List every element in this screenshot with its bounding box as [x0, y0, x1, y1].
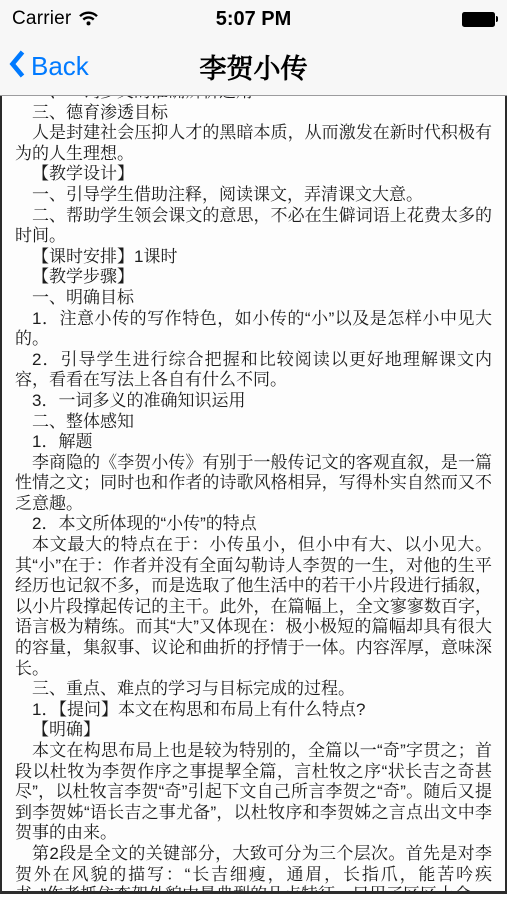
paragraph: 【明确】	[15, 720, 492, 741]
app-screen: Carrier 5:07 PM Back	[0, 0, 507, 900]
paragraph: 一、明确目标	[15, 288, 492, 309]
paragraph: 【教学步骤】	[15, 267, 492, 288]
status-bar: Carrier 5:07 PM	[0, 0, 507, 38]
paragraph: 一、引导学生借助注释，阅读课文，弄清课文大意。	[15, 185, 492, 206]
top-bars: Carrier 5:07 PM Back	[0, 0, 507, 96]
paragraph: 三、德育渗透目标	[15, 103, 492, 124]
document-scroll-area[interactable]: 二、一词多义的准确辨析运用 三、德育渗透目标 人是封建社会压抑人才的黑暗本质，从…	[0, 96, 507, 894]
paragraph: 1．【提问】本文在构思和布局上有什么特点?	[15, 700, 492, 721]
battery-icon	[462, 12, 495, 27]
paragraph: 【教学设计】	[15, 164, 492, 185]
paragraph-clipped-top: 二、一词多义的准确辨析运用	[15, 96, 492, 103]
paragraph: 2．本文所体现的“小传”的特点	[15, 514, 492, 535]
paragraph: 人是封建社会压抑人才的黑暗本质，从而激发在新时代积极有为的人生理想。	[15, 123, 492, 164]
paragraph: 本文最大的特点在于：小传虽小，但小中有大、以小见大。其“小”在于：作者并没有全面…	[15, 535, 492, 679]
document-text: 二、一词多义的准确辨析运用 三、德育渗透目标 人是封建社会压抑人才的黑暗本质，从…	[2, 96, 505, 894]
chevron-left-icon	[8, 48, 26, 85]
paragraph: 二、帮助学生领会课文的意思，不必在生僻词语上花费太多的时间。	[15, 206, 492, 247]
paragraph: 【课时安排】1课时	[15, 247, 492, 268]
paragraph: 1．解题	[15, 432, 492, 453]
paragraph: 二、整体感知	[15, 412, 492, 433]
paragraph: 李商隐的《李贺小传》有别于一般传记文的客观直叙，是一篇性情之文；同时也和作者的诗…	[15, 453, 492, 515]
page-title: 李贺小传	[60, 38, 447, 94]
status-time: 5:07 PM	[0, 8, 507, 31]
navigation-bar: Back 李贺小传	[0, 38, 507, 94]
paragraph: 3．一词多义的准确知识运用	[15, 391, 492, 412]
paragraph: 1．注意小传的写作特色，如小传的“小”以及是怎样小中见大的。	[15, 309, 492, 350]
paragraph-clipped-bottom: 第2段是全文的关键部分，大致可分为三个层次。首先是对李贺外在风貌的描写：“长吉细…	[15, 844, 492, 894]
paragraph: 本文在构思布局上也是较为特别的，全篇以一“奇”字贯之；首段以杜牧为李贺作序之事提…	[15, 741, 492, 844]
paragraph: 2．引导学生进行综合把握和比较阅读以更好地理解课文内容，看看在写法上各自有什么不…	[15, 350, 492, 391]
paragraph: 三、重点、难点的学习与目标完成的过程。	[15, 679, 492, 700]
